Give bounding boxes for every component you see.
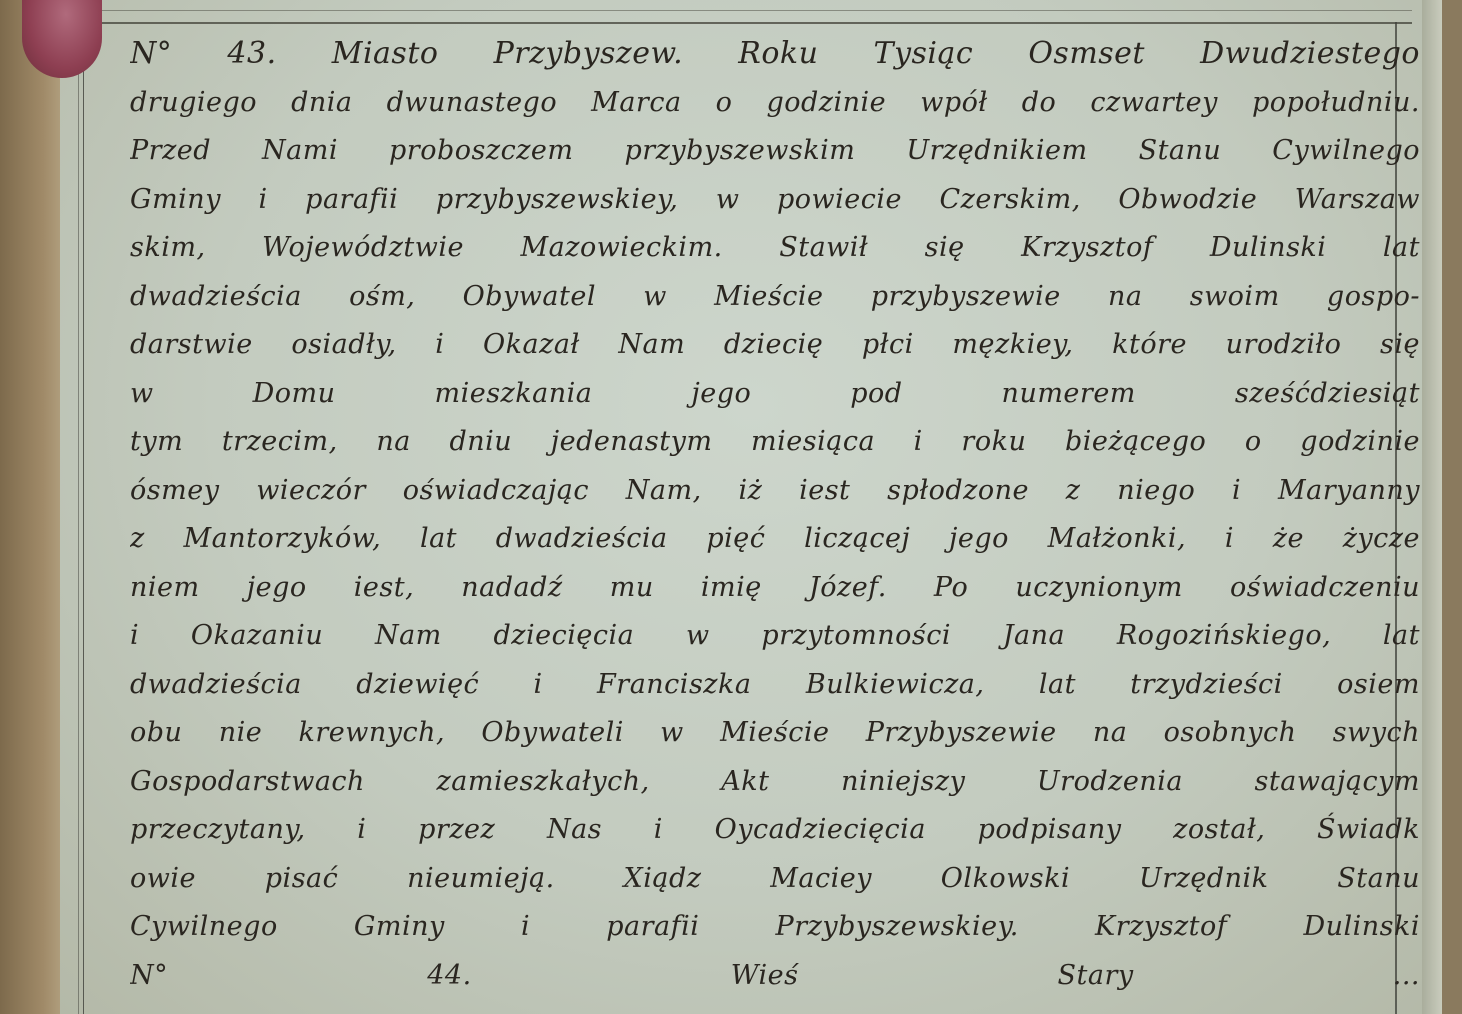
handwritten-entry: N° 43. Miasto Przybyszew. Roku Tysiąc Os…: [130, 30, 1420, 1000]
child-name-line: niem jego iest, nadadź mu imię Józef. Po…: [130, 564, 1420, 613]
signature-line: Cywilnego Gminy i parafii Przybyszewskie…: [130, 903, 1420, 952]
text-line: tym trzecim, na dniu jedenastym miesiąca…: [130, 418, 1420, 467]
text-line: przeczytany, i przez Nas i Oycadziecięci…: [130, 806, 1420, 855]
entry-heading-line: N° 43. Miasto Przybyszew. Roku Tysiąc Os…: [130, 30, 1420, 79]
text-line: w Domu mieszkania jego pod numerem sześć…: [130, 370, 1420, 419]
text-line: z Mantorzyków, lat dwadzieścia pięć licz…: [130, 515, 1420, 564]
next-page-edge: [1422, 0, 1442, 1014]
left-margin-line: [83, 70, 84, 1014]
top-rule-line: [100, 10, 1412, 11]
text-line: Gminy i parafii przybyszewskiey, w powie…: [130, 176, 1420, 225]
text-line: obu nie krewnych, Obywateli w Mieście Pr…: [130, 709, 1420, 758]
left-margin-line: [78, 70, 79, 1014]
top-rule-line: [100, 22, 1412, 24]
register-page: N° 43. Miasto Przybyszew. Roku Tysiąc Os…: [60, 0, 1442, 1014]
text-line: dwadzieścia dziewięć i Franciszka Bulkie…: [130, 661, 1420, 710]
text-line: Gospodarstwach zamieszkałych, Akt niniej…: [130, 758, 1420, 807]
text-line: skim, Województwie Mazowieckim. Stawił s…: [130, 224, 1420, 273]
text-line: dwadzieścia ośm, Obywatel w Mieście przy…: [130, 273, 1420, 322]
text-line: drugiego dnia dwunastego Marca o godzini…: [130, 79, 1420, 128]
text-line: darstwie osiadły, i Okazał Nam dziecię p…: [130, 321, 1420, 370]
text-line: owie pisać nieumieją. Xiądz Maciey Olkow…: [130, 855, 1420, 904]
thumb-holding-page: [22, 0, 102, 78]
text-line: ósmey wieczór oświadczając Nam, iż iest …: [130, 467, 1420, 516]
next-entry-heading: N° 44. Wieś Stary ...: [130, 952, 1420, 1001]
text-line: i Okazaniu Nam dziecięcia w przytomności…: [130, 612, 1420, 661]
text-line: Przed Nami proboszczem przybyszewskim Ur…: [130, 127, 1420, 176]
